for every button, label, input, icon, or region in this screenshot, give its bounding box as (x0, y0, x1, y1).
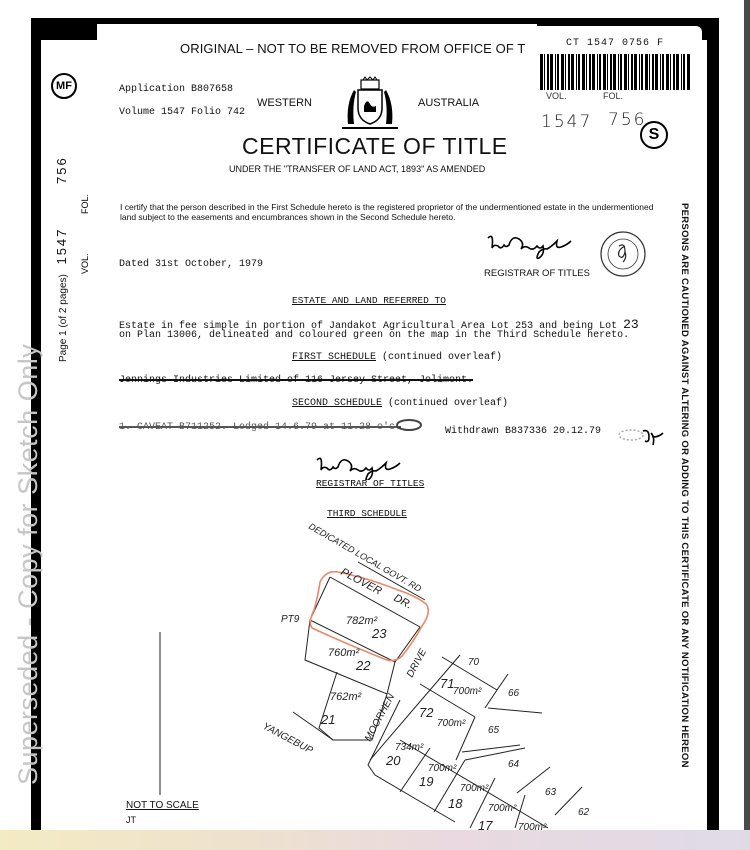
drafter-initials: JT (126, 815, 136, 825)
svg-text:66: 66 (508, 688, 520, 699)
svg-text:70: 70 (468, 657, 480, 668)
svg-text:700m²: 700m² (437, 718, 466, 729)
svg-text:18: 18 (448, 796, 463, 811)
svg-text:MOORHEN: MOORHEN (363, 691, 398, 743)
svg-text:65: 65 (488, 725, 500, 736)
third-schedule-plan: DEDICATED LOCAL GOVT. RD PLOVER DR. PT9 … (0, 0, 750, 850)
svg-text:63: 63 (545, 787, 557, 798)
svg-text:700m²: 700m² (453, 686, 482, 697)
svg-text:21: 21 (320, 712, 335, 727)
svg-text:22: 22 (355, 658, 371, 673)
svg-text:DRIVE: DRIVE (405, 647, 429, 679)
svg-text:17: 17 (478, 818, 493, 833)
svg-text:64: 64 (508, 759, 520, 770)
svg-text:700m²: 700m² (460, 783, 489, 794)
svg-text:19: 19 (419, 774, 433, 789)
svg-text:62: 62 (578, 807, 590, 818)
svg-text:762m²: 762m² (330, 691, 362, 703)
svg-text:20: 20 (385, 753, 401, 768)
svg-text:PT9: PT9 (281, 614, 300, 625)
svg-text:23: 23 (371, 626, 387, 641)
svg-text:700m²: 700m² (428, 763, 457, 774)
svg-text:700m²: 700m² (488, 803, 517, 814)
svg-text:72: 72 (419, 705, 434, 720)
svg-text:760m²: 760m² (328, 647, 360, 659)
svg-text:700m²: 700m² (518, 822, 547, 833)
svg-text:YANGEBUP: YANGEBUP (261, 721, 315, 757)
svg-text:734m²: 734m² (395, 742, 424, 753)
not-to-scale-label: NOT TO SCALE (126, 800, 199, 811)
